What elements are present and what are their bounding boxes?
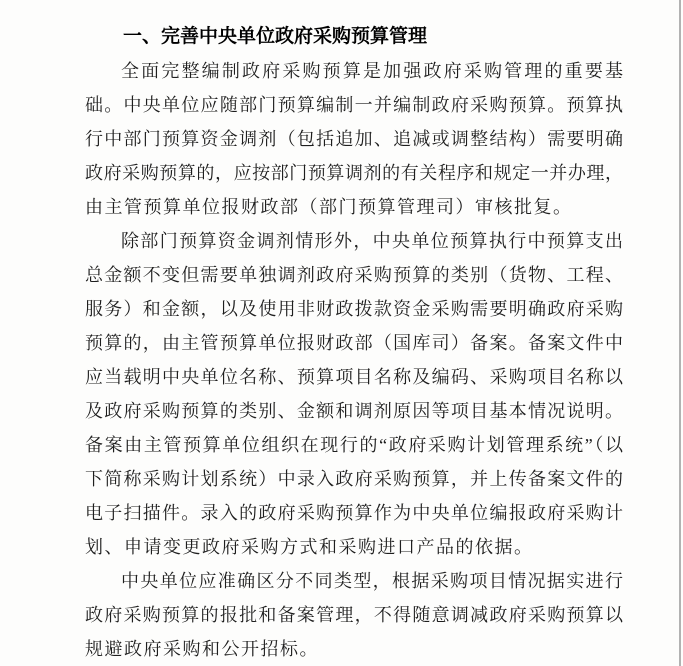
text-line: 电子扫描件。录入的政府采购预算作为中央单位编报政府采购计 [85, 496, 623, 530]
text-line: 预算的，由主管预算单位报财政部（国库司）备案。备案文件中 [85, 326, 623, 360]
section-heading: 一、完善中央单位政府采购预算管理 [85, 20, 623, 54]
text-line: 政府采购预算的报批和备案管理，不得随意调减政府采购预算以 [85, 598, 623, 632]
scanned-document-page: 一、完善中央单位政府采购预算管理 全面完整编制政府采购预算是加强政府采购管理的重… [0, 0, 683, 666]
paragraph-classification-management: 中央单位应准确区分不同类型，根据采购项目情况据实进行 政府采购预算的报批和备案管… [85, 564, 623, 666]
text-line: 政府采购预算的，应按部门预算调剂的有关程序和规定一并办理， [85, 156, 623, 190]
text-line: 下简称采购计划系统）中录入政府采购预算，并上传备案文件的 [85, 462, 623, 496]
text-line: 除部门预算资金调剂情形外，中央单位预算执行中预算支出 [85, 224, 623, 258]
paragraph-filing-requirements: 除部门预算资金调剂情形外，中央单位预算执行中预算支出 总金额不变但需要单独调剂政… [85, 224, 623, 564]
text-line: 总金额不变但需要单独调剂政府采购预算的类别（货物、工程、 [85, 258, 623, 292]
text-line: 中央单位应准确区分不同类型，根据采购项目情况据实进行 [85, 564, 623, 598]
text-line: 础。中央单位应随部门预算编制一并编制政府采购预算。预算执 [85, 88, 623, 122]
text-line: 服务）和金额，以及使用非财政拨款资金采购需要明确政府采购 [85, 292, 623, 326]
text-line: 应当载明中央单位名称、预算项目名称及编码、采购项目名称以 [85, 360, 623, 394]
text-line: 行中部门预算资金调剂（包括追加、追减或调整结构）需要明确 [85, 122, 623, 156]
text-line: 规避政府采购和公开招标。 [85, 632, 623, 666]
text-line: 划、申请变更政府采购方式和采购进口产品的依据。 [85, 530, 623, 564]
text-line: 全面完整编制政府采购预算是加强政府采购管理的重要基 [85, 54, 623, 88]
text-line: 由主管预算单位报财政部（部门预算管理司）审核批复。 [85, 190, 623, 224]
paragraph-budget-compilation: 全面完整编制政府采购预算是加强政府采购管理的重要基 础。中央单位应随部门预算编制… [85, 54, 623, 224]
text-line: 及政府采购预算的类别、金额和调剂原因等项目基本情况说明。 [85, 394, 623, 428]
page-right-edge-line [679, 0, 681, 666]
text-line: 备案由主管预算单位组织在现行的“政府采购计划管理系统”（以 [85, 428, 623, 462]
document-body: 一、完善中央单位政府采购预算管理 全面完整编制政府采购预算是加强政府采购管理的重… [85, 20, 623, 666]
